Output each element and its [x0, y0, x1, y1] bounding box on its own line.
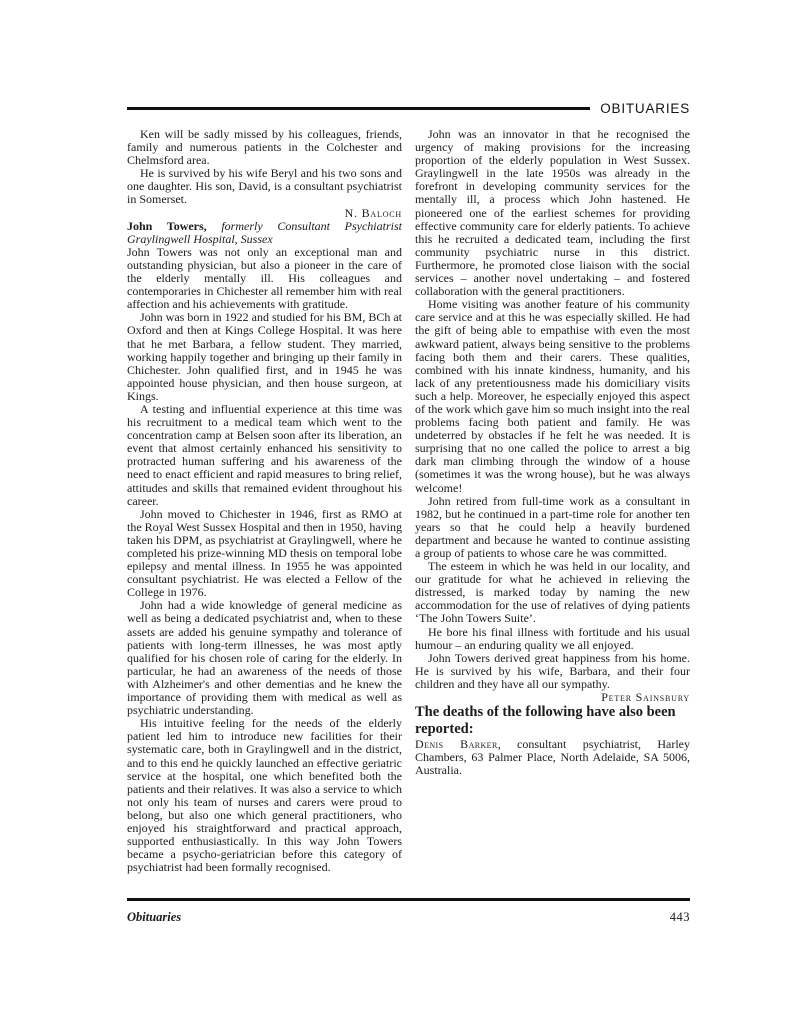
journal-page: OBITUARIES Ken will be sadly missed by h…: [0, 0, 800, 1036]
page-content: OBITUARIES Ken will be sadly missed by h…: [127, 100, 690, 925]
obituary-paragraph: John Towers derived great happiness from…: [415, 652, 690, 691]
obituary-paragraph: John was an innovator in that he recogni…: [415, 128, 690, 298]
article-columns: Ken will be sadly missed by his colleagu…: [127, 128, 690, 898]
obituary-paragraph: John Towers was not only an exceptional …: [127, 246, 402, 311]
obituary-paragraph: John retired from full-time work as a co…: [415, 495, 690, 560]
obituary-paragraph: A testing and influential experience at …: [127, 403, 402, 508]
obituary-heading: John Towers, formerly Consultant Psychia…: [127, 220, 402, 246]
page-header: OBITUARIES: [127, 100, 690, 117]
deaths-reported-entry: Denis Barker, consultant psychiatrist, H…: [415, 738, 690, 777]
obituary-paragraph: His intuitive feeling for the needs of t…: [127, 717, 402, 874]
header-rule: [127, 107, 590, 110]
obituary-paragraph: Home visiting was another feature of his…: [415, 298, 690, 494]
obituary-paragraph: The esteem in which he was held in our l…: [415, 560, 690, 625]
obituary-paragraph: Ken will be sadly missed by his colleagu…: [127, 128, 402, 167]
deaths-reported-heading: The deaths of the following have also be…: [415, 704, 690, 738]
running-head: OBITUARIES: [600, 101, 690, 116]
footer-section-label: Obituaries: [127, 910, 181, 925]
obituary-signature: Peter Sainsbury: [415, 691, 690, 704]
obituary-paragraph: He is survived by his wife Beryl and his…: [127, 167, 402, 206]
obituary-deceased-name: John Towers,: [127, 219, 207, 233]
obituary-paragraph: John moved to Chichester in 1946, first …: [127, 508, 402, 600]
obituary-paragraph: John had a wide knowledge of general med…: [127, 599, 402, 717]
obituary-paragraph: He bore his final illness with fortitude…: [415, 626, 690, 652]
deceased-name: Denis Barker: [415, 737, 498, 751]
page-footer: Obituaries 443: [127, 898, 690, 925]
obituary-paragraph: John was born in 1922 and studied for hi…: [127, 311, 402, 403]
page-number: 443: [670, 910, 690, 925]
